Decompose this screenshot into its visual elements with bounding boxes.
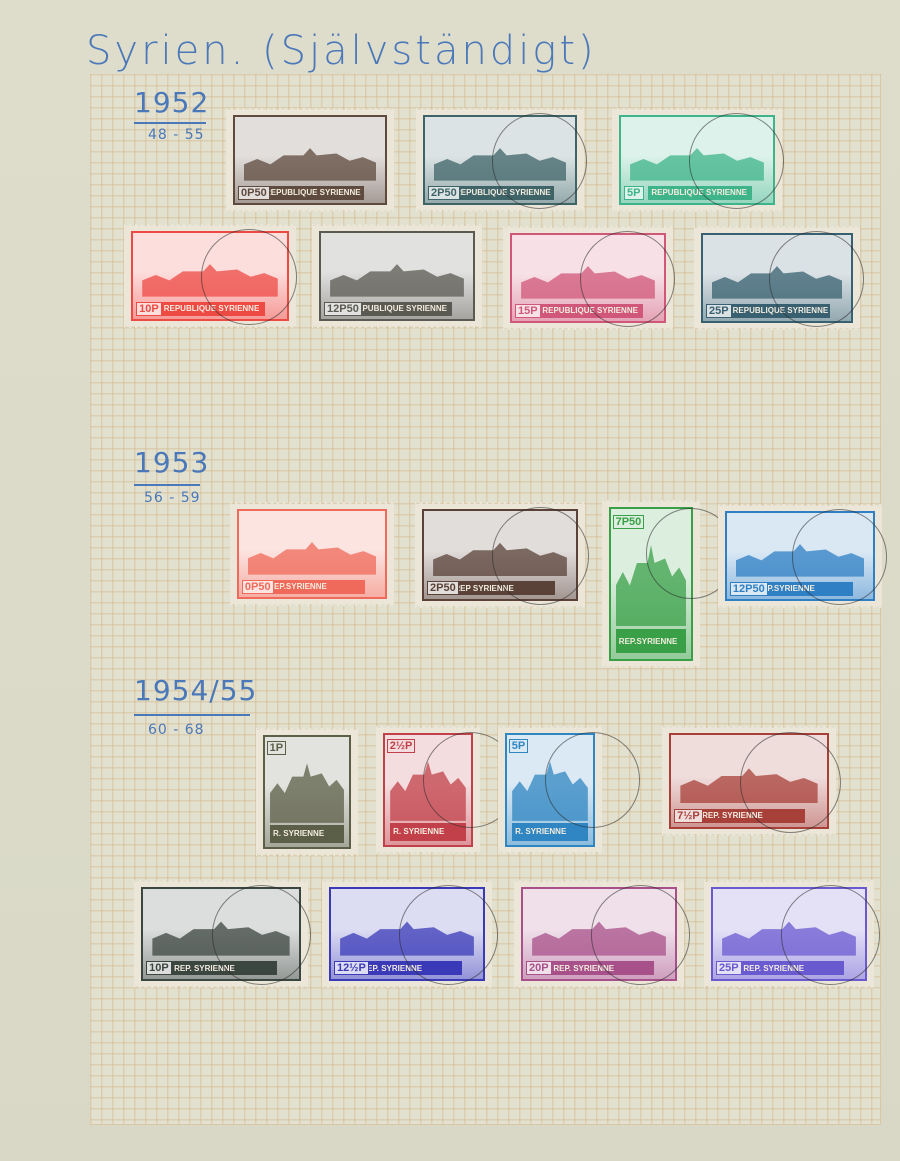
stamp-denomination: 12P50 [730,582,768,596]
stamp-inscription: REP SYRIENNE [451,581,554,595]
stamp-denomination: 25P [706,304,732,318]
stamp-vignette [244,145,376,181]
stamp-denomination: 5P [624,186,643,200]
stamp: REP.SYRIENNE7P50 [602,500,700,668]
stamp-design: R. SYRIENNE1P [263,735,351,849]
stamp-inscription: REPUBLIQUE SYRIENNE [262,186,364,200]
stamp-vignette [433,539,567,576]
stamp-inscription: REPUBLIQUE SYRIENNE [452,186,554,200]
section-year-1954-55: 1954/55 [134,674,257,707]
stamp-vignette [521,263,655,299]
year-underline [134,122,206,124]
stamp-denomination: 5P [509,739,528,753]
stamp-design: R. SYRIENNE2½P [383,733,473,847]
stamp-vignette [270,757,344,823]
stamp-inscription: REP. SYRIENNE [740,961,843,975]
stamp-denomination: 20P [526,961,552,975]
stamp-inscription: REP.SYRIENNE [265,580,364,594]
stamp: REPUBLIQUE SYRIENNE0P50 [226,108,394,212]
stamp-design: REP. SYRIENNE12½P [329,887,485,981]
stamp-inscription: REP.SYRIENNE [753,582,852,596]
stamp-vignette [532,918,666,956]
stamp-vignette [736,541,865,577]
stamp-vignette [712,263,842,299]
stamp-inscription: R. SYRIENNE [512,823,588,841]
stamp-vignette [248,539,377,575]
stamp-vignette [722,918,856,956]
stamp-denomination: 2P50 [427,581,459,595]
stamp-denomination: 2½P [387,739,416,753]
stamp-vignette [390,755,466,821]
stamp: REP. SYRIENNE25P [704,880,874,988]
stamp-inscription: R. SYRIENNE [270,825,344,843]
section-year-1952: 1952 [134,86,209,119]
year-underline [134,484,200,486]
stamp: REPUBLIQUE SYRIENNE15P [503,226,673,330]
stamp: REP. SYRIENNE12½P [322,880,492,988]
stamp: REP.SYRIENNE0P50 [230,502,394,606]
stamp-inscription: R. SYRIENNE [390,823,466,841]
stamp-denomination: 12P50 [324,302,362,316]
catalog-range-1953: 56 - 59 [144,490,201,506]
stamp-vignette [152,918,289,956]
stamp: REPUBLIQUE SYRIENNE25P [694,226,860,330]
stamp-inscription: REP.SYRIENNE [616,629,686,653]
stamp-inscription: REPUBLIQUE SYRIENNE [348,302,451,316]
catalog-range-1952: 48 - 55 [148,127,205,143]
year-underline [134,714,250,716]
stamp-design: REP.SYRIENNE12P50 [725,511,875,601]
stamp-inscription: REPUBLIQUE SYRIENNE [648,186,751,200]
stamp-denomination: 15P [515,304,541,318]
stamp: R. SYRIENNE5P [498,726,602,854]
stamp: REP. SYRIENNE10P [134,880,308,988]
stamp-design: REPUBLIQUE SYRIENNE25P [701,233,853,323]
stamp: REPUBLIQUE SYRIENNE2P50 [416,108,584,212]
stamp-design: REPUBLIQUE SYRIENNE5P [619,115,775,205]
stamp-denomination: 1P [267,741,286,755]
stamp-vignette [434,145,566,181]
stamp-design: REPUBLIQUE SYRIENNE0P50 [233,115,387,205]
stamp-design: REPUBLIQUE SYRIENNE10P [131,231,289,321]
page-title: Syrien. (Självständigt) [86,28,597,74]
stamp-denomination: 0P50 [238,186,270,200]
stamp-denomination: 7½P [674,809,703,823]
stamp-design: REPUBLIQUE SYRIENNE15P [510,233,666,323]
stamp-design: REP.SYRIENNE7P50 [609,507,693,661]
stamp-denomination: 10P [146,961,172,975]
stamp-inscription: REPUBLIQUE SYRIENNE [161,302,266,316]
stamp-denomination: 0P50 [242,580,274,594]
section-year-1953: 1953 [134,446,209,479]
stamp-design: REP. SYRIENNE10P [141,887,301,981]
stamp-inscription: REP. SYRIENNE [358,961,461,975]
stamp: R. SYRIENNE1P [256,728,358,856]
stamp-vignette [512,755,588,821]
stamp-inscription: REP. SYRIENNE [171,961,277,975]
stamp-design: REP. SYRIENNE25P [711,887,867,981]
stamp-vignette [616,536,686,626]
stamp-vignette [142,261,278,297]
stamp-vignette [680,764,817,803]
stamp-inscription: REPUBLIQUE SYRIENNE [730,304,831,318]
stamp-vignette [630,145,764,181]
catalog-range-1954-55: 60 - 68 [148,722,205,738]
stamp: REP SYRIENNE2P50 [415,502,585,608]
stamp-vignette [340,918,474,956]
stamp-inscription: REP. SYRIENNE [550,961,653,975]
stamp-vignette [330,261,464,297]
album-page: Syrien. (Självständigt) 1952 48 - 55 195… [0,0,900,1161]
stamp: REP. SYRIENNE20P [514,880,684,988]
stamp: REPUBLIQUE SYRIENNE5P [612,108,782,212]
stamp-inscription: REP. SYRIENNE [699,809,805,824]
stamp-design: REP SYRIENNE2P50 [422,509,578,601]
stamp-design: REP. SYRIENNE7½P [669,733,829,829]
stamp-design: R. SYRIENNE5P [505,733,595,847]
stamp: R. SYRIENNE2½P [376,726,480,854]
stamp-denomination: 2P50 [428,186,460,200]
stamp: REPUBLIQUE SYRIENNE10P [124,224,296,328]
stamp: REP. SYRIENNE7½P [662,726,836,836]
stamp-design: REPUBLIQUE SYRIENNE2P50 [423,115,577,205]
stamp: REP.SYRIENNE12P50 [718,504,882,608]
stamp-design: REP.SYRIENNE0P50 [237,509,387,599]
stamp: REPUBLIQUE SYRIENNE12P50 [312,224,482,328]
stamp-denomination: 10P [136,302,162,316]
stamp-denomination: 25P [716,961,742,975]
stamp-inscription: REPUBLIQUE SYRIENNE [539,304,642,318]
stamp-denomination: 7P50 [613,515,645,529]
stamp-design: REPUBLIQUE SYRIENNE12P50 [319,231,475,321]
stamp-denomination: 12½P [334,961,369,975]
stamp-design: REP. SYRIENNE20P [521,887,677,981]
